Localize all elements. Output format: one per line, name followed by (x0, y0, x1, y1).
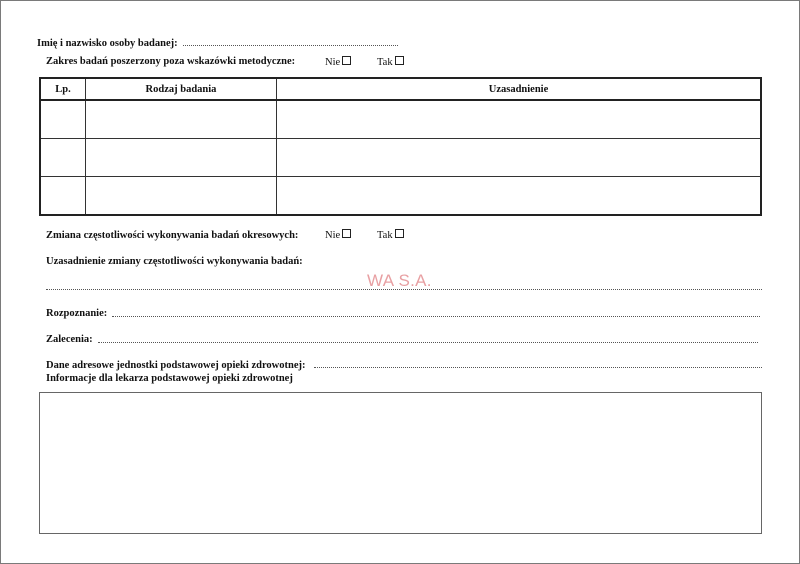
table-row (40, 100, 761, 139)
name-field-row: Imię i nazwisko osoby badanej: (37, 38, 398, 49)
name-label: Imię i nazwisko osoby badanej: (37, 38, 178, 49)
cell-lp[interactable] (40, 177, 86, 216)
cell-justification[interactable] (277, 139, 762, 177)
watermark: WA S.A. (367, 271, 432, 291)
cell-lp[interactable] (40, 100, 86, 139)
primary-care-address-input-line[interactable] (314, 367, 762, 368)
column-header-lp: Lp. (40, 78, 86, 100)
diagnosis-input-line[interactable] (112, 316, 760, 317)
primary-care-info-label: Informacje dla lekarza podstawowej opiek… (46, 373, 293, 384)
table-row (40, 177, 761, 216)
extended-tests-table: Lp. Rodzaj badania Uzasadnienie (39, 77, 762, 216)
cell-justification[interactable] (277, 100, 762, 139)
cell-justification[interactable] (277, 177, 762, 216)
frequency-change-label: Zmiana częstotliwości wykonywania badań … (46, 230, 298, 241)
column-header-test-type: Rodzaj badania (86, 78, 277, 100)
cell-test-type[interactable] (86, 100, 277, 139)
cell-lp[interactable] (40, 139, 86, 177)
frequency-no-option[interactable]: Nie (325, 229, 351, 241)
scope-yes-label: Tak (377, 57, 393, 68)
frequency-no-label: Nie (325, 230, 340, 241)
cell-test-type[interactable] (86, 139, 277, 177)
cell-test-type[interactable] (86, 177, 277, 216)
scope-no-checkbox[interactable] (342, 56, 351, 65)
scope-no-option[interactable]: Nie (325, 56, 351, 68)
diagnosis-label: Rozpoznanie: (46, 308, 107, 319)
primary-care-info-box[interactable] (39, 392, 762, 534)
primary-care-address-label: Dane adresowe jednostki podstawowej opie… (46, 360, 306, 371)
frequency-no-checkbox[interactable] (342, 229, 351, 238)
name-input-line[interactable] (183, 44, 398, 46)
scope-yes-checkbox[interactable] (395, 56, 404, 65)
frequency-justification-input-line[interactable] (46, 289, 762, 290)
frequency-yes-option[interactable]: Tak (377, 229, 404, 241)
scope-no-label: Nie (325, 57, 340, 68)
frequency-justification-label: Uzasadnienie zmiany częstotliwości wykon… (46, 256, 303, 267)
scope-yes-option[interactable]: Tak (377, 56, 404, 68)
frequency-yes-label: Tak (377, 230, 393, 241)
recommendations-label: Zalecenia: (46, 334, 93, 345)
column-header-justification: Uzasadnienie (277, 78, 762, 100)
recommendations-input-line[interactable] (98, 342, 758, 343)
frequency-yes-checkbox[interactable] (395, 229, 404, 238)
table-row (40, 139, 761, 177)
scope-label: Zakres badań poszerzony poza wskazówki m… (46, 56, 295, 67)
